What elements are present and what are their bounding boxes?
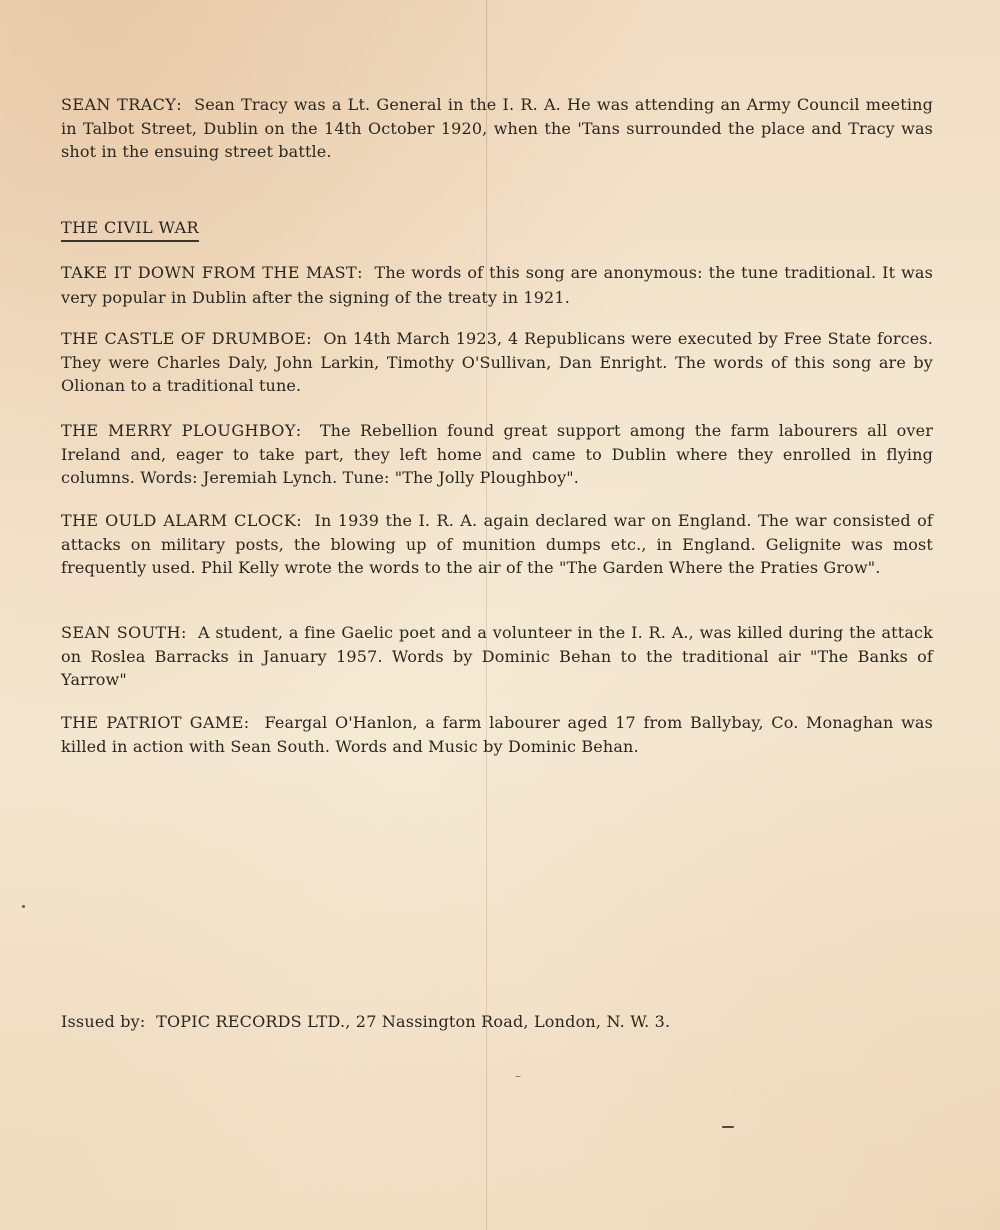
paper-speck [515,1076,521,1077]
entry-title: THE MERRY PLOUGHBOY [61,421,296,440]
entry-title: THE OULD ALARM CLOCK [61,511,296,530]
entry-separator: : [357,263,363,282]
entry-separator: : [181,623,187,642]
paper-speck [22,905,25,908]
entry-separator: : [176,95,182,114]
entry-separator: : [296,421,302,440]
entry-sean-south: SEAN SOUTH: A student, a fine Gaelic poe… [61,621,933,692]
entry-ould-alarm-clock: THE OULD ALARM CLOCK: In 1939 the I. R. … [61,509,933,580]
entry-separator: : [306,329,312,348]
entry-take-it-down-from-the-mast: TAKE IT DOWN FROM THE MAST: The words of… [61,260,933,310]
entry-text: A student, a fine Gaelic poet and a volu… [61,623,933,689]
publisher-footer: Issued by: TOPIC RECORDS LTD., 27 Nassin… [61,1011,670,1033]
entry-title: TAKE IT DOWN FROM THE MAST [61,263,357,282]
entry-text: Sean Tracy was a Lt. General in the I. R… [61,95,933,161]
entry-castle-of-drumboe: THE CASTLE OF DRUMBOE: On 14th March 192… [61,327,933,398]
entry-separator: : [296,511,302,530]
entry-separator: : [244,713,250,732]
section-heading-civil-war: THE CIVIL WAR [61,217,199,242]
entry-sean-tracy: SEAN TRACY: Sean Tracy was a Lt. General… [61,93,933,164]
entry-title: THE CASTLE OF DRUMBOE [61,329,306,348]
entry-title: SEAN TRACY [61,95,176,114]
paper-speck [722,1126,734,1128]
footer-label: Issued by: [61,1012,146,1031]
entry-merry-ploughboy: THE MERRY PLOUGHBOY: The Rebellion found… [61,419,933,490]
paper-fold-crease [486,0,487,1230]
entry-title: THE PATRIOT GAME [61,713,244,732]
entry-title: SEAN SOUTH [61,623,181,642]
footer-publisher-address: TOPIC RECORDS LTD., 27 Nassington Road, … [156,1012,670,1031]
entry-patriot-game: THE PATRIOT GAME: Feargal O'Hanlon, a fa… [61,711,933,758]
